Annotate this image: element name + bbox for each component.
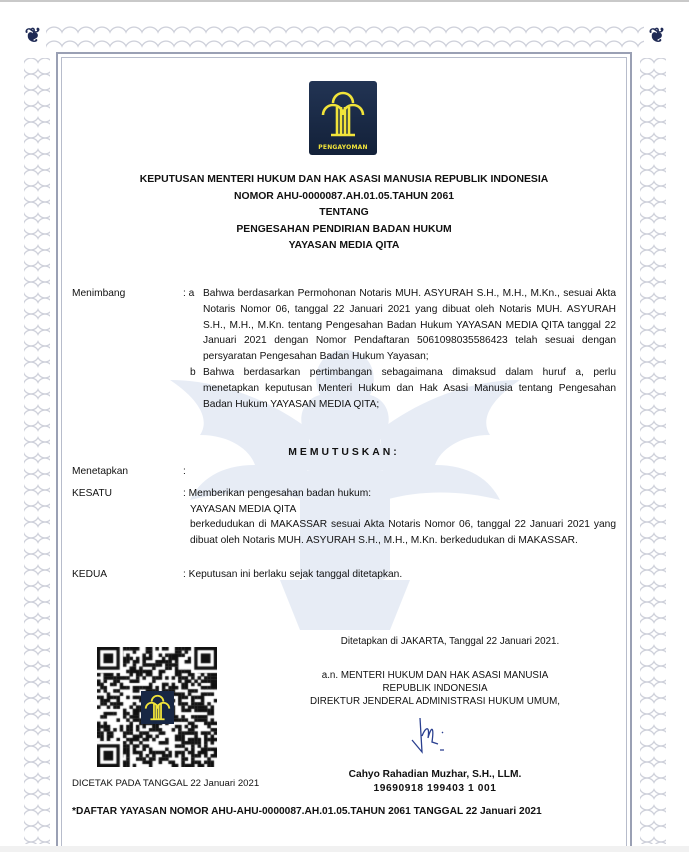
signer-nip: 19690918 199403 1 001 <box>290 782 580 796</box>
menimbang-item-b: Bahwa berdasarkan pertimbangan sebagaima… <box>203 365 616 412</box>
kedua-text: : Keputusan ini berlaku sejak tanggal di… <box>183 567 616 583</box>
qr-center-logo-icon <box>141 691 174 724</box>
menetapkan-label: Menetapkan <box>72 466 128 477</box>
ornamental-border-right <box>640 58 666 844</box>
menimbang-marker-b: b <box>190 367 196 378</box>
kesatu-line-1: : Memberikan pengesahan badan hukum: <box>183 486 616 502</box>
bottom-edge <box>0 846 689 852</box>
kesatu-detail: berkedudukan di MAKASSAR sesuai Akta Not… <box>190 517 616 549</box>
registration-footer-note: *DAFTAR YAYASAN NOMOR AHU-AHU-0000087.AH… <box>72 806 632 817</box>
qr-code-icon <box>97 647 217 767</box>
heading-line-5: YAYASAN MEDIA QITA <box>70 238 618 255</box>
kedua-label: KEDUA <box>72 569 107 580</box>
heading-line-4: PENGESAHAN PENDIRIAN BADAN HUKUM <box>70 222 618 239</box>
menimbang-marker-a: : a <box>183 288 194 299</box>
signer-name: Cahyo Rahadian Muzhar, S.H., LLM. <box>290 768 580 782</box>
logo-caption: PENGAYOMAN <box>309 144 377 151</box>
menimbang-label: Menimbang <box>72 288 125 299</box>
ornamental-border-top <box>46 22 644 50</box>
heading-line-1: KEPUTUSAN MENTERI HUKUM DAN HAK ASASI MA… <box>70 172 618 189</box>
corner-ornament-icon: ❦ <box>648 24 666 46</box>
heading-line-2: NOMOR AHU-0000087.AH.01.05.TAHUN 2061 <box>70 189 618 206</box>
corner-ornament-icon: ❦ <box>24 24 42 46</box>
top-edge <box>0 0 689 2</box>
memutuskan-heading: MEMUTUSKAN: <box>70 447 618 458</box>
ornamental-border-left <box>24 58 50 844</box>
printed-date: DICETAK PADA TANGGAL 22 Januari 2021 <box>72 778 262 790</box>
authority-line-2: REPUBLIK INDONESIA <box>285 682 585 695</box>
signature-icon <box>408 716 468 762</box>
menetapkan-colon: : <box>183 466 186 477</box>
menimbang-item-a: Bahwa berdasarkan Permohonan Notaris MUH… <box>203 286 616 365</box>
signer-block: Cahyo Rahadian Muzhar, S.H., LLM. 196909… <box>290 768 580 796</box>
heading-line-3: TENTANG <box>70 205 618 222</box>
kesatu-label: KESATU <box>72 488 112 499</box>
authority-line-1: a.n. MENTERI HUKUM DAN HAK ASASI MANUSIA <box>285 669 585 682</box>
document-heading: KEPUTUSAN MENTERI HUKUM DAN HAK ASASI MA… <box>70 172 618 255</box>
pengayoman-emblem-icon <box>317 85 369 141</box>
authority-line-3: DIREKTUR JENDERAL ADMINISTRASI HUKUM UMU… <box>285 695 585 708</box>
kesatu-entity-name: YAYASAN MEDIA QITA <box>190 502 616 518</box>
ditetapkan-text: Ditetapkan di JAKARTA, Tanggal 22 Januar… <box>300 636 600 647</box>
pengayoman-logo: PENGAYOMAN <box>309 81 377 155</box>
